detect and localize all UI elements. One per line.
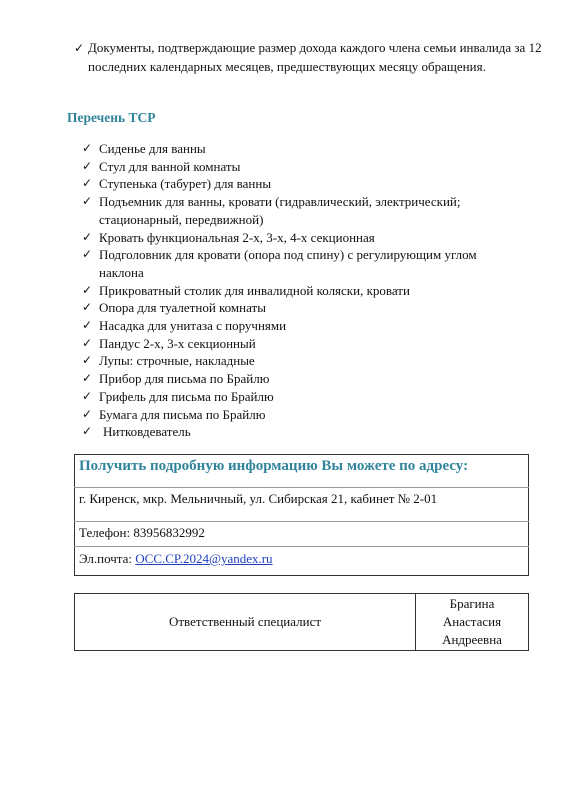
check-icon: ✓ [82,229,92,247]
responsible-first-name: Анастасия [418,613,526,631]
check-icon: ✓ [82,335,92,353]
tsr-list: ✓Сиденье для ванны ✓Стул для ванной комн… [82,140,522,441]
check-icon: ✓ [82,193,92,211]
list-item: ✓Лупы: строчные, накладные [82,352,522,370]
list-item: ✓Стул для ванной комнаты [82,158,522,176]
list-item: ✓Кровать функциональная 2-х, 3-х, 4-х се… [82,229,522,247]
check-icon: ✓ [82,370,92,388]
check-icon: ✓ [82,158,92,176]
section-heading: Перечень ТСР [67,110,156,126]
check-icon: ✓ [82,406,92,424]
list-item: ✓Подголовник для кровати (опора под спин… [82,246,522,281]
contact-email: Эл.почта: OCC.CP.2024@yandex.ru [75,547,529,576]
check-icon: ✓ [82,388,92,406]
check-icon: ✓ [82,282,92,300]
check-icon: ✓ [82,423,92,441]
list-item: ✓Бумага для письма по Брайлю [82,406,522,424]
list-item: ✓Прибор для письма по Брайлю [82,370,522,388]
intro-item-text: Документы, подтверждающие размер дохода … [88,39,544,76]
responsible-label: Ответственный специалист [75,594,416,651]
list-item: ✓Подъемник для ванны, кровати (гидравлич… [82,193,522,228]
check-icon: ✓ [82,352,92,370]
list-item: ✓Нитковдеватель [82,423,522,441]
document-page: ✓ Документы, подтверждающие размер доход… [0,0,568,803]
email-label: Эл.почта: [79,551,135,566]
responsible-name: Брагина Анастасия Андреевна [416,594,529,651]
contact-address: г. Киренск, мкр. Мельничный, ул. Сибирск… [75,488,529,522]
phone-label: Телефон: [79,525,133,540]
check-icon: ✓ [82,299,92,317]
check-icon: ✓ [82,140,92,158]
list-item: ✓Опора для туалетной комнаты [82,299,522,317]
list-item: ✓Насадка для унитаза с поручнями [82,317,522,335]
list-item: ✓Сиденье для ванны [82,140,522,158]
list-item: ✓Ступенька (табурет) для ванны [82,175,522,193]
check-icon: ✓ [74,39,84,58]
list-item: ✓Прикроватный столик для инвалидной коля… [82,282,522,300]
responsible-surname: Брагина [418,595,526,613]
contact-info-table: Получить подробную информацию Вы можете … [74,454,529,576]
intro-list-item: ✓ Документы, подтверждающие размер доход… [74,39,544,76]
contact-info-title: Получить подробную информацию Вы можете … [75,455,529,488]
contact-phone: Телефон: 83956832992 [75,522,529,547]
check-icon: ✓ [82,317,92,335]
list-item: ✓Пандус 2-х, 3-х секционный [82,335,522,353]
phone-number: 83956832992 [133,525,205,540]
check-icon: ✓ [82,175,92,193]
responsible-patronymic: Андреевна [418,631,526,649]
check-icon: ✓ [82,246,92,264]
list-item: ✓Грифель для письма по Брайлю [82,388,522,406]
email-link[interactable]: OCC.CP.2024@yandex.ru [135,551,272,566]
responsible-table: Ответственный специалист Брагина Анастас… [74,593,529,651]
